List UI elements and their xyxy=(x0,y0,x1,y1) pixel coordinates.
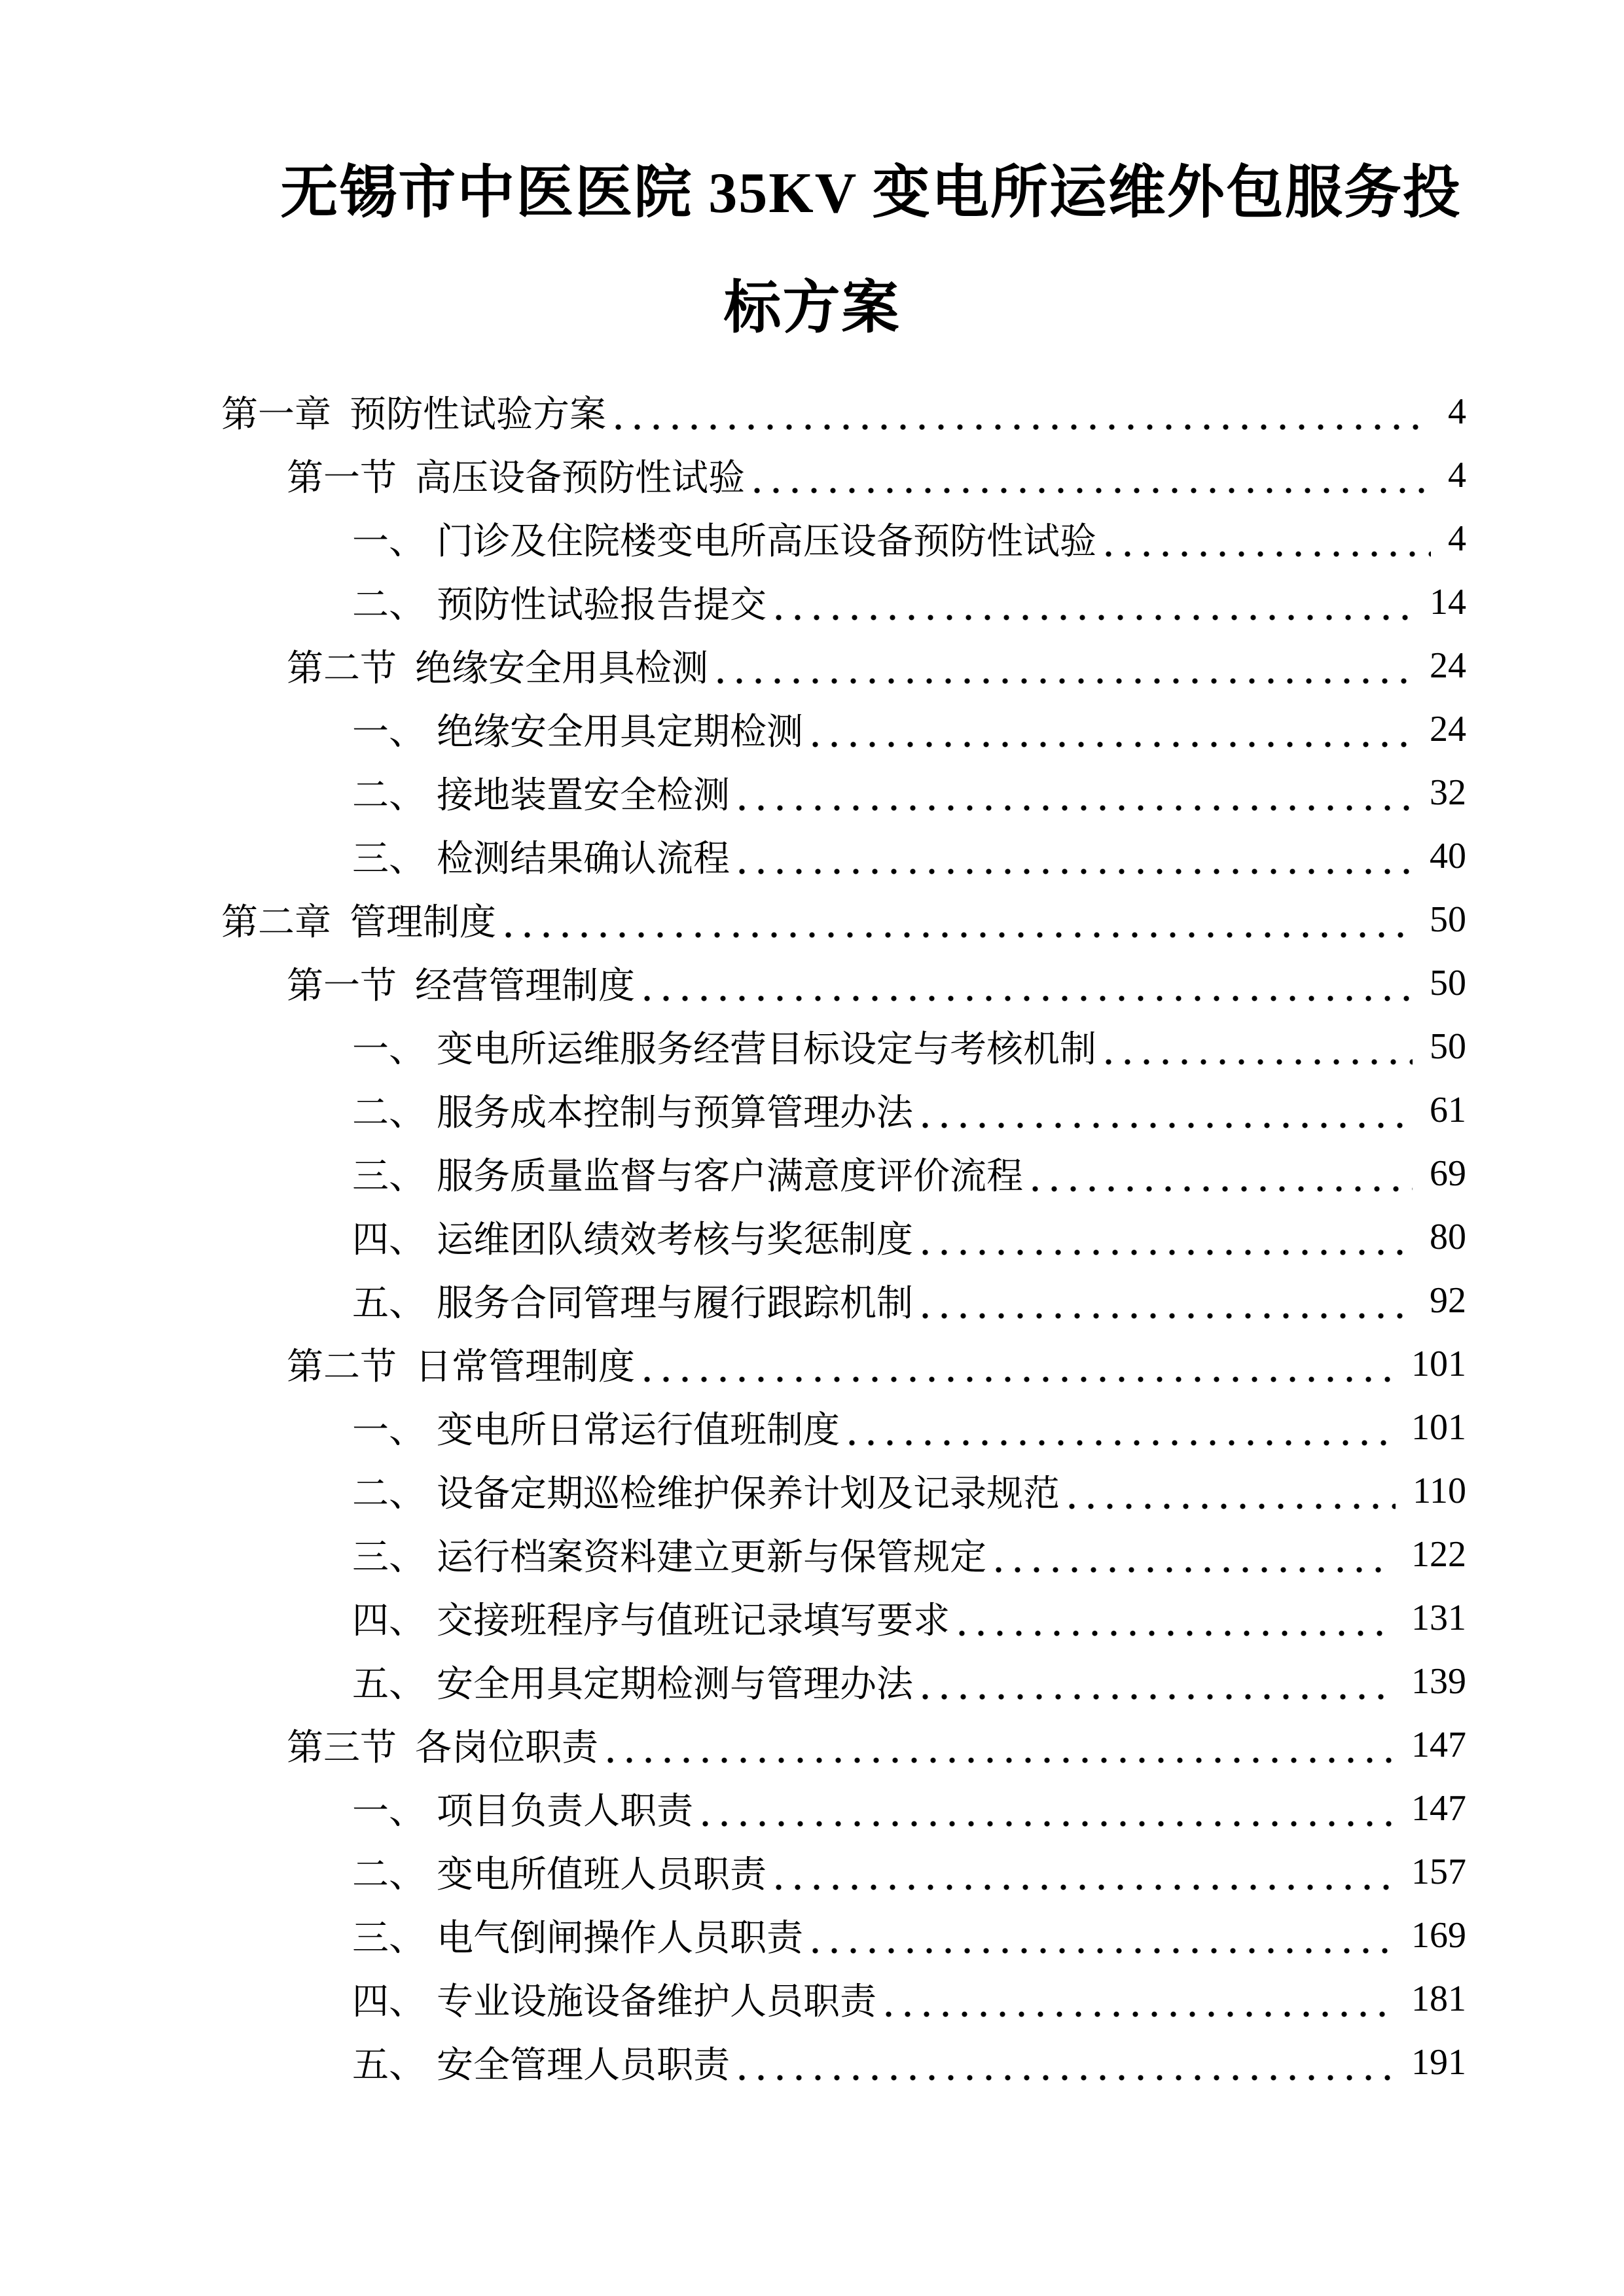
toc-entry-label: 日常管理制度 xyxy=(415,1338,635,1390)
toc-entry-number: 第二节 xyxy=(287,1338,397,1390)
toc-entry-label: 运行档案资料建立更新与保管规定 xyxy=(437,1528,986,1581)
toc-entry-label: 电气倒闸操作人员职责 xyxy=(437,1909,803,1962)
toc-entry[interactable]: 二、 接地装置安全检测 32 xyxy=(0,761,1466,824)
dot-leader xyxy=(702,1821,1394,1827)
toc-entry-label: 预防性试验报告提交 xyxy=(437,576,767,628)
toc-page-number: 122 xyxy=(1411,1534,1466,1575)
toc-page-number: 101 xyxy=(1411,1343,1466,1385)
dot-leader xyxy=(717,678,1413,684)
toc-entry-number: 一、 xyxy=(352,703,437,755)
toc-entry-label: 设备定期巡检维护保养计划及记录规范 xyxy=(437,1465,1060,1517)
toc-entry-number: 四、 xyxy=(352,1592,437,1644)
toc-entry[interactable]: 二、 服务成本控制与预算管理办法 61 xyxy=(0,1078,1466,1141)
toc-entry-number: 第二章 xyxy=(221,893,331,946)
toc-page-number: 80 xyxy=(1430,1216,1466,1258)
dot-leader xyxy=(739,2075,1394,2081)
toc-entry[interactable]: 第一章 预防性试验方案 4 xyxy=(0,380,1466,443)
toc-page-number: 32 xyxy=(1430,772,1466,814)
toc-page-number: 92 xyxy=(1430,1280,1466,1321)
toc-entry[interactable]: 二、 设备定期巡检维护保养计划及记录规范 110 xyxy=(0,1459,1466,1522)
toc-entry-label: 预防性试验方案 xyxy=(350,386,606,438)
dot-leader xyxy=(922,1122,1413,1128)
toc-entry[interactable]: 第三节 各岗位职责 147 xyxy=(0,1713,1466,1776)
toc-entry-label: 安全用具定期检测与管理办法 xyxy=(437,1655,913,1708)
toc-entry-label: 服务成本控制与预算管理办法 xyxy=(437,1084,913,1136)
toc-entry[interactable]: 五、 服务合同管理与履行跟踪机制 92 xyxy=(0,1268,1466,1332)
toc-entry-label: 接地装置安全检测 xyxy=(437,766,730,819)
toc-entry[interactable]: 二、 预防性试验报告提交 14 xyxy=(0,570,1466,634)
toc-entry-number: 五、 xyxy=(352,2036,437,2089)
dot-leader xyxy=(1032,1186,1413,1192)
toc-entry[interactable]: 四、 运维团队绩效考核与奖惩制度 80 xyxy=(0,1205,1466,1268)
dot-leader xyxy=(754,488,1431,493)
toc-page-number: 147 xyxy=(1411,1787,1466,1829)
toc-page-number: 131 xyxy=(1411,1597,1466,1639)
toc-entry-label: 绝缘安全用具检测 xyxy=(415,639,708,692)
toc-entry-label: 运维团队绩效考核与奖惩制度 xyxy=(437,1211,913,1263)
toc-entry-number: 三、 xyxy=(352,1147,437,1200)
toc-entry-number: 二、 xyxy=(352,1465,437,1517)
toc-entry-number: 第一节 xyxy=(287,957,397,1009)
toc-entry[interactable]: 第二节 绝缘安全用具检测 24 xyxy=(0,634,1466,697)
toc-page-number: 110 xyxy=(1413,1470,1466,1512)
toc-entry-number: 四、 xyxy=(352,1973,437,2025)
toc-page-number: 101 xyxy=(1411,1407,1466,1448)
dot-leader xyxy=(1106,1059,1413,1065)
toc-entry[interactable]: 三、 电气倒闸操作人员职责 169 xyxy=(0,1903,1466,1967)
toc-entry[interactable]: 第一节 经营管理制度 50 xyxy=(0,951,1466,1014)
toc-entry-number: 二、 xyxy=(352,766,437,819)
toc-entry-number: 五、 xyxy=(352,1274,437,1327)
table-of-contents: 第一章 预防性试验方案 4 第一节 高压设备预防性试验 4 一、 门诊及住院楼变… xyxy=(0,380,1624,2094)
toc-entry[interactable]: 一、 变电所运维服务经营目标设定与考核机制 50 xyxy=(0,1014,1466,1078)
dot-leader xyxy=(644,996,1413,1001)
toc-entry-number: 一、 xyxy=(352,1401,437,1454)
toc-page-number: 191 xyxy=(1411,2041,1466,2083)
toc-entry[interactable]: 第一节 高压设备预防性试验 4 xyxy=(0,443,1466,507)
toc-entry-label: 检测结果确认流程 xyxy=(437,830,730,882)
toc-entry[interactable]: 一、 绝缘安全用具定期检测 24 xyxy=(0,697,1466,761)
document-title: 无锡市中医医院 35KV 变电所运维外包服务投 标方案 xyxy=(0,136,1624,367)
toc-entry-number: 二、 xyxy=(352,1084,437,1136)
toc-page-number: 40 xyxy=(1430,835,1466,877)
toc-entry[interactable]: 第二章 管理制度 50 xyxy=(0,888,1466,951)
dot-leader xyxy=(959,1630,1394,1636)
toc-entry-number: 二、 xyxy=(352,1846,437,1898)
dot-leader xyxy=(849,1440,1394,1446)
dot-leader xyxy=(886,2011,1394,2017)
toc-entry-label: 项目负责人职责 xyxy=(437,1782,693,1835)
dot-leader xyxy=(922,1313,1413,1319)
toc-entry-number: 第一节 xyxy=(287,449,397,501)
toc-page-number: 50 xyxy=(1430,899,1466,941)
toc-entry[interactable]: 三、 服务质量监督与客户满意度评价流程 69 xyxy=(0,1141,1466,1205)
toc-page-number: 4 xyxy=(1448,391,1466,433)
toc-entry-number: 第一章 xyxy=(221,386,331,438)
toc-page-number: 147 xyxy=(1411,1724,1466,1766)
toc-page-number: 24 xyxy=(1430,708,1466,750)
toc-entry[interactable]: 一、 项目负责人职责 147 xyxy=(0,1776,1466,1840)
dot-leader xyxy=(1106,551,1431,557)
dot-leader xyxy=(644,1376,1394,1382)
dot-leader xyxy=(776,615,1413,620)
toc-entry-number: 第三节 xyxy=(287,1719,397,1771)
toc-entry[interactable]: 第二节 日常管理制度 101 xyxy=(0,1332,1466,1395)
document-page: { "title": { "line1": "无锡市中医医院 35KV 变电所运… xyxy=(0,0,1624,2296)
toc-entry-label: 变电所运维服务经营目标设定与考核机制 xyxy=(437,1020,1096,1073)
toc-entry-number: 三、 xyxy=(352,1528,437,1581)
toc-page-number: 157 xyxy=(1411,1851,1466,1893)
toc-entry[interactable]: 四、 交接班程序与值班记录填写要求 131 xyxy=(0,1586,1466,1649)
toc-page-number: 61 xyxy=(1430,1089,1466,1131)
toc-entry-number: 一、 xyxy=(352,1020,437,1073)
toc-entry-number: 三、 xyxy=(352,1909,437,1962)
toc-entry-label: 门诊及住院楼变电所高压设备预防性试验 xyxy=(437,512,1096,565)
toc-entry-label: 服务质量监督与客户满意度评价流程 xyxy=(437,1147,1023,1200)
toc-page-number: 69 xyxy=(1430,1153,1466,1194)
toc-page-number: 50 xyxy=(1430,1026,1466,1067)
dot-leader xyxy=(739,869,1413,874)
dot-leader xyxy=(922,1694,1394,1700)
toc-entry-number: 三、 xyxy=(352,830,437,882)
dot-leader xyxy=(739,805,1413,811)
dot-leader xyxy=(1069,1503,1396,1509)
dot-leader xyxy=(812,1948,1394,1954)
toc-entry[interactable]: 一、 变电所日常运行值班制度 101 xyxy=(0,1395,1466,1459)
toc-entry[interactable]: 一、 门诊及住院楼变电所高压设备预防性试验 4 xyxy=(0,507,1466,570)
toc-entry-label: 交接班程序与值班记录填写要求 xyxy=(437,1592,950,1644)
toc-entry[interactable]: 五、 安全用具定期检测与管理办法 139 xyxy=(0,1649,1466,1713)
toc-entry[interactable]: 二、 变电所值班人员职责 157 xyxy=(0,1840,1466,1903)
toc-entry-number: 一、 xyxy=(352,512,437,565)
toc-entry-number: 四、 xyxy=(352,1211,437,1263)
toc-page-number: 4 xyxy=(1448,518,1466,560)
toc-entry-label: 变电所日常运行值班制度 xyxy=(437,1401,840,1454)
toc-page-number: 50 xyxy=(1430,962,1466,1004)
toc-entry-number: 五、 xyxy=(352,1655,437,1708)
toc-page-number: 181 xyxy=(1411,1978,1466,2020)
toc-entry[interactable]: 三、 运行档案资料建立更新与保管规定 122 xyxy=(0,1522,1466,1586)
dot-leader xyxy=(996,1567,1394,1573)
toc-entry-number: 第二节 xyxy=(287,639,397,692)
toc-entry-label: 绝缘安全用具定期检测 xyxy=(437,703,803,755)
document-title-line2: 标方案 xyxy=(0,251,1624,367)
toc-page-number: 14 xyxy=(1430,581,1466,623)
toc-entry-number: 一、 xyxy=(352,1782,437,1835)
dot-leader xyxy=(615,424,1431,430)
toc-entry-label: 专业设施设备维护人员职责 xyxy=(437,1973,876,2025)
dot-leader xyxy=(607,1757,1394,1763)
toc-page-number: 139 xyxy=(1411,1660,1466,1702)
dot-leader xyxy=(776,1884,1394,1890)
document-title-line1: 无锡市中医医院 35KV 变电所运维外包服务投 xyxy=(0,136,1624,251)
toc-page-number: 169 xyxy=(1411,1914,1466,1956)
toc-entry[interactable]: 四、 专业设施设备维护人员职责 181 xyxy=(0,1967,1466,2030)
toc-entry-label: 经营管理制度 xyxy=(415,957,635,1009)
toc-entry-label: 变电所值班人员职责 xyxy=(437,1846,767,1898)
dot-leader xyxy=(812,742,1413,747)
toc-entry[interactable]: 五、 安全管理人员职责 191 xyxy=(0,2030,1466,2094)
toc-entry-label: 高压设备预防性试验 xyxy=(415,449,745,501)
toc-entry-label: 服务合同管理与履行跟踪机制 xyxy=(437,1274,913,1327)
toc-page-number: 4 xyxy=(1448,454,1466,496)
toc-entry-label: 安全管理人员职责 xyxy=(437,2036,730,2089)
toc-entry-label: 各岗位职责 xyxy=(415,1719,598,1771)
dot-leader xyxy=(922,1249,1413,1255)
toc-entry-number: 二、 xyxy=(352,576,437,628)
toc-entry[interactable]: 三、 检测结果确认流程 40 xyxy=(0,824,1466,888)
toc-page-number: 24 xyxy=(1430,645,1466,687)
toc-entry-label: 管理制度 xyxy=(350,893,496,946)
dot-leader xyxy=(505,932,1413,938)
